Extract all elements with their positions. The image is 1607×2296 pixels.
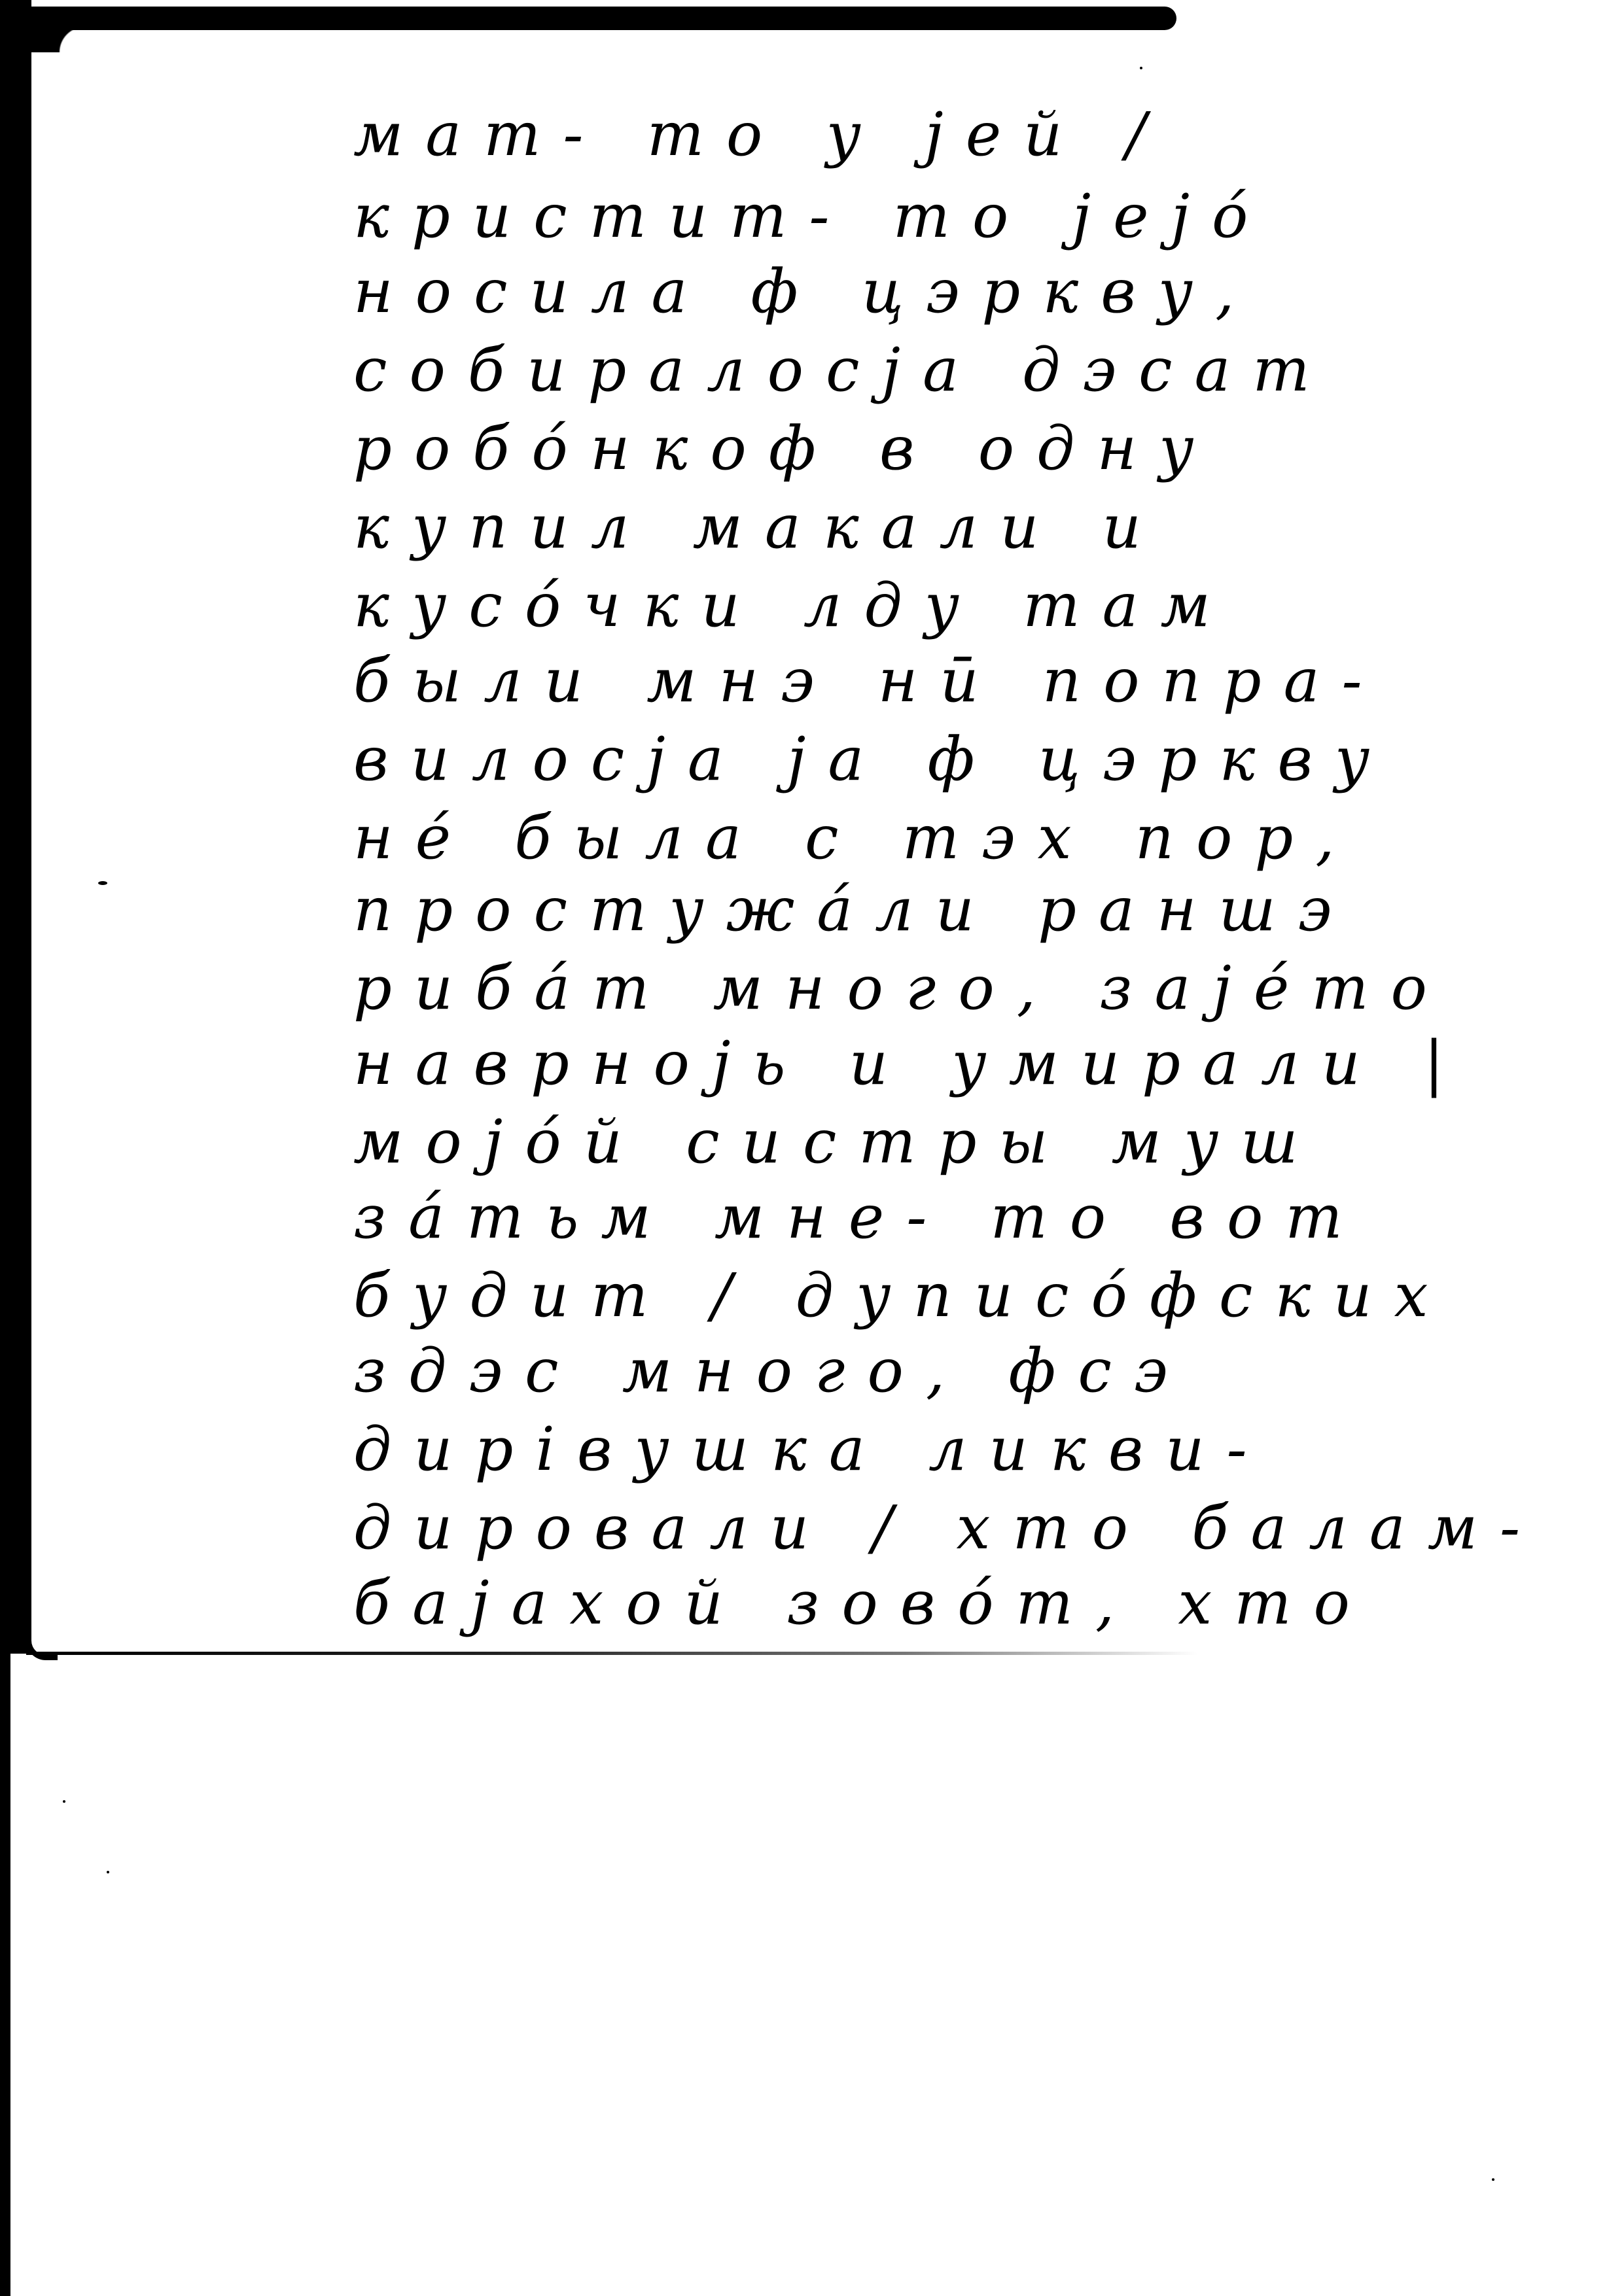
handwritten-line: были мнэ нӣ попра-: [353, 651, 1385, 711]
handwritten-line: вилосја ја ф цэркву: [353, 729, 1392, 790]
scan-speck: [1145, 20, 1152, 25]
scan-speck: [63, 1800, 65, 1803]
handwritten-line: зáтьм мне- то вот: [353, 1187, 1365, 1247]
handwritten-line: кусóчки лду там: [353, 576, 1233, 636]
handwritten-line: кристит- то јејó: [353, 186, 1270, 247]
handwritten-line: нé была с тэх пор,: [353, 808, 1356, 868]
handwritten-line: здэс много, фсэ: [353, 1341, 1190, 1401]
handwritten-line: собиралосја дэсат: [353, 340, 1332, 400]
scan-left-border: [0, 0, 31, 1654]
scan-corner-top-left: [26, 26, 85, 52]
handwritten-line: мојóй систры муш: [353, 1112, 1320, 1172]
handwritten-line: дирівушка ликви-: [353, 1419, 1269, 1480]
handwritten-line: бајахой зовóт, хто: [353, 1573, 1372, 1633]
handwritten-line: наврнојь и умирали |: [353, 1034, 1466, 1094]
scan-speck: [107, 1871, 109, 1873]
handwritten-line: рибáт много, заjéто: [353, 958, 1449, 1018]
scan-speck: [98, 881, 107, 885]
scan-corner-bottom-left: [26, 1629, 58, 1660]
handwritten-line: купил макали и: [353, 497, 1163, 557]
handwritten-line: дировали / хто балам-: [353, 1498, 1542, 1558]
handwritten-line: простужáли раншэ: [353, 880, 1354, 940]
scan-speck: [1492, 2178, 1494, 2181]
scan-speck: [1140, 67, 1142, 69]
handwritten-line: мат- то у јей /: [353, 105, 1169, 165]
scan-left-border-lower: [0, 1654, 10, 2296]
handwritten-line: робóнкоф в одну: [353, 419, 1216, 479]
handwritten-line: носила ф цэркву,: [353, 262, 1256, 322]
handwritten-line: будит / дуписóфских: [353, 1266, 1451, 1326]
scan-top-border: [0, 7, 1176, 30]
scan-page-bottom-edge: [26, 1652, 1197, 1655]
